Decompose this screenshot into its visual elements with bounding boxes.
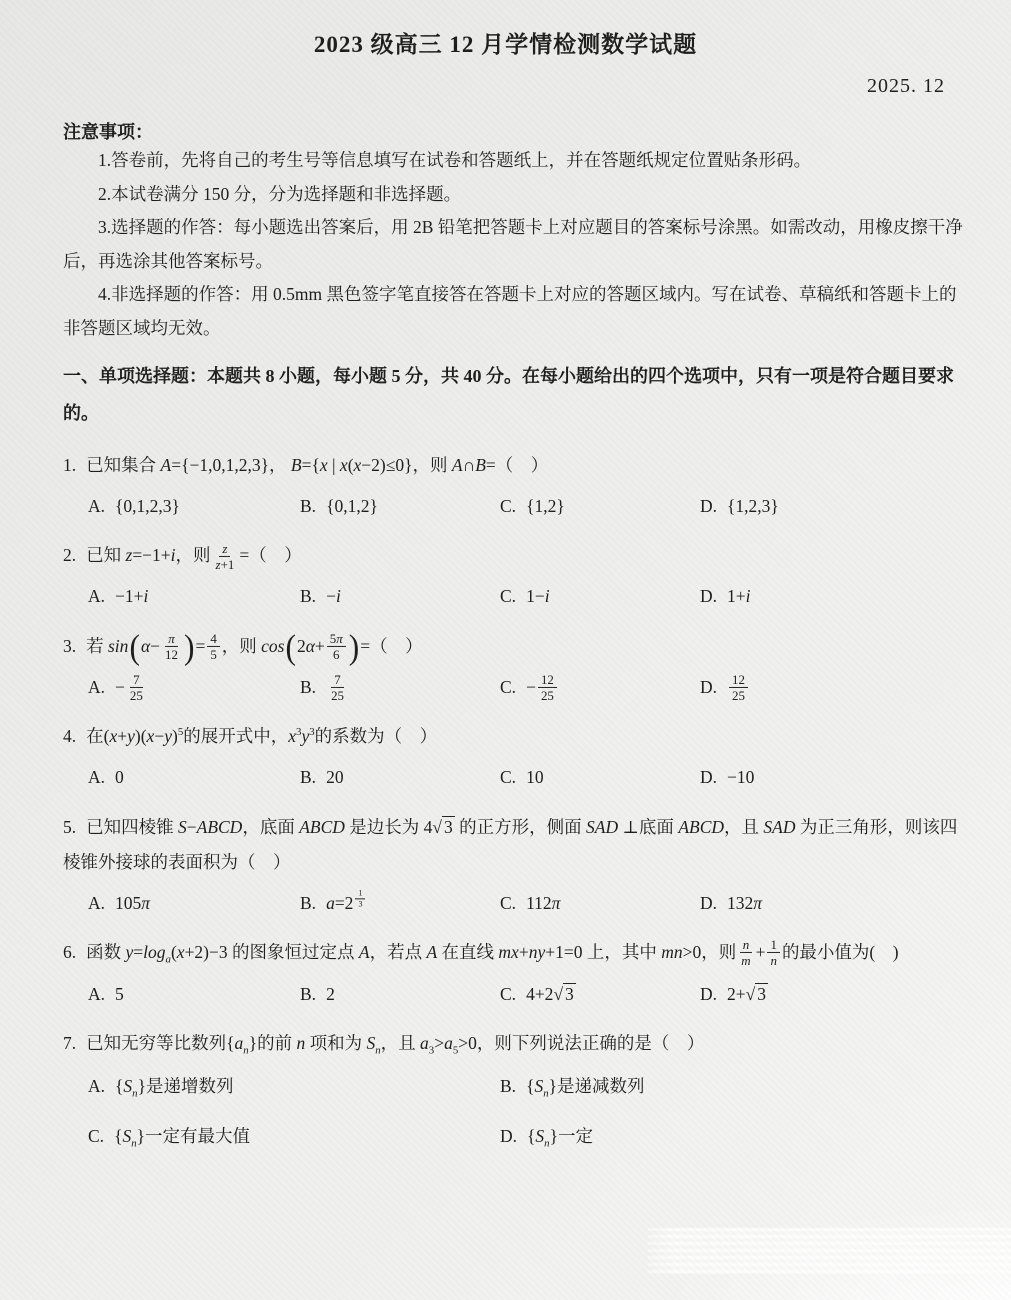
option-d: D.1+i [700,580,963,613]
notice-item-4: 4.非选择题的作答：用 0.5mm 黑色签字笔直接答在答题卡上对应的答题区域内。… [63,278,963,345]
option-body: 1−i [526,586,550,606]
option-body: −1225 [526,677,559,697]
sqrt: √3 [432,816,454,837]
question-number: 1. [63,455,76,475]
page-title: 2023 级高三 12 月学情检测数学试题 [0,0,1011,59]
scan-smear-artifact [648,1228,1011,1274]
option-body: 725 [326,677,349,697]
option-b: B.20 [300,761,500,794]
fraction: 1225 [538,672,557,704]
option-label: B. [300,496,316,516]
question-7: 7.已知无穷等比数列{an}的前 n 项和为 Sn，且 a3>a5>0，则下列说… [63,1026,963,1153]
questions: 1.已知集合 A={−1,0,1,2,3}， B={x | x(x−2)≤0}，… [63,448,963,1154]
option-label: C. [500,586,516,606]
option-body: {0,1,2} [326,496,378,516]
option-a: A.{0,1,2,3} [88,490,300,523]
option-label: D. [700,496,717,516]
option-label: B. [300,677,316,697]
option-d: D.1225 [700,671,963,705]
option-d: D.2+√3 [700,978,963,1011]
sqrt: √3 [553,983,575,1004]
option-body: {Sn}是递减数列 [526,1076,644,1096]
options-row: A.5B.2C.4+2√3D.2+√3 [63,978,963,1011]
option-label: C. [500,893,516,913]
option-label: A. [88,893,105,913]
option-body: 132π [727,893,762,913]
option-c: C.1−i [500,580,700,613]
option-label: D. [700,586,717,606]
fraction: zz+1 [213,541,238,573]
fraction: 725 [127,672,146,704]
option-label: C. [500,767,516,787]
option-b: B.a=213 [300,887,500,920]
option-a: A.105π [88,887,300,920]
option-label: D. [700,984,717,1004]
option-body: 112π [526,893,560,913]
option-label: B. [300,893,316,913]
option-b: B.725 [300,671,500,705]
question-5: 5.已知四棱锥 S−ABCD，底面 ABCD 是边长为 4√3 的正方形，侧面 … [63,810,963,920]
exam-paper-page: 2023 级高三 12 月学情检测数学试题 2025. 12 注意事项： 1.答… [0,0,1011,1300]
option-label: B. [500,1076,516,1096]
option-a: A.5 [88,978,300,1011]
question-stem: 1.已知集合 A={−1,0,1,2,3}， B={x | x(x−2)≤0}，… [63,448,963,483]
fraction: 725 [328,672,347,704]
exam-date: 2025. 12 [0,75,1011,98]
option-label: C. [500,496,516,516]
option-label: C. [500,677,516,697]
option-label: A. [88,1076,105,1096]
option-body: 105π [115,893,150,913]
option-label: C. [500,984,516,1004]
option-label: A. [88,586,105,606]
notice-item-1: 1.答卷前，先将自己的考生号等信息填写在试卷和答题纸上，并在答题纸规定位置贴条形… [63,144,963,178]
option-body: {1,2} [526,496,565,516]
option-label: C. [88,1126,104,1146]
notice-item-2: 2.本试卷满分 150 分，分为选择题和非选择题。 [63,178,963,212]
option-label: D. [700,767,717,787]
option-body: {Sn}是递增数列 [115,1076,233,1096]
option-body: 10 [526,767,544,787]
option-label: A. [88,496,105,516]
options-row: A.−725B.725C.−1225D.1225 [63,671,963,705]
option-label: D. [500,1126,517,1146]
question-stem: 7.已知无穷等比数列{an}的前 n 项和为 Sn，且 a3>a5>0，则下列说… [63,1026,963,1062]
notice-heading: 注意事项： [63,118,963,144]
option-body: 20 [326,767,344,787]
option-b: B.2 [300,978,500,1011]
question-number: 7. [63,1033,76,1053]
option-body: −1+i [115,586,148,606]
notice-item-3: 3.选择题的作答：每小题选出答案后，用 2B 铅笔把答题卡上对应题目的答案标号涂… [63,211,963,278]
option-a: A.{Sn}是递增数列 [88,1070,500,1104]
question-4: 4.在(x+y)(x−y)5的展开式中，x3y3的系数为（ ）A.0B.20C.… [63,719,963,794]
option-c: C.−1225 [500,671,700,705]
question-number: 4. [63,726,76,746]
sqrt: √3 [746,983,768,1004]
fraction: 1225 [729,672,748,704]
option-c: C.10 [500,761,700,794]
question-1: 1.已知集合 A={−1,0,1,2,3}， B={x | x(x−2)≤0}，… [63,448,963,523]
question-stem: 5.已知四棱锥 S−ABCD，底面 ABCD 是边长为 4√3 的正方形，侧面 … [63,810,963,880]
option-label: B. [300,984,316,1004]
option-b: B.{Sn}是递减数列 [500,1070,963,1104]
option-label: D. [700,893,717,913]
option-a: A.−1+i [88,580,300,613]
fraction: 45 [207,631,219,663]
option-a: A.−725 [88,671,300,705]
section-heading: 一、单项选择题：本题共 8 小题，每小题 5 分，共 40 分。在每小题给出的四… [63,358,963,434]
option-d: D.−10 [700,761,963,794]
question-number: 3. [63,636,76,656]
option-body: a=213 [326,893,367,913]
option-body: 4+2√3 [526,983,576,1004]
question-3: 3.若 sin(α−π12)=45，则 cos(2α+5π6)=（ ）A.−72… [63,629,963,705]
option-body: −725 [115,677,148,697]
fraction: 1n [767,937,779,969]
option-body: {Sn}一定 [527,1126,593,1146]
option-d: D.{Sn}一定 [500,1120,963,1154]
option-b: B.−i [300,580,500,613]
option-body: 1+i [727,586,751,606]
option-body: 2 [326,984,335,1004]
option-label: A. [88,767,105,787]
option-body: {Sn}一定有最大值 [114,1126,250,1146]
option-body: {1,2,3} [727,496,779,516]
question-stem: 2.已知 z=−1+i，则zz+1=（ ） [63,538,963,573]
question-number: 5. [63,817,76,837]
options-row: A.{Sn}是递增数列B.{Sn}是递减数列 [63,1070,963,1104]
option-label: A. [88,677,105,697]
fraction: 5π6 [327,631,346,663]
question-stem: 3.若 sin(α−π12)=45，则 cos(2α+5π6)=（ ） [63,629,963,664]
option-d: D.{1,2,3} [700,490,963,523]
question-stem: 6.函数 y=loga(x+2)−3 的图象恒过定点 A，若点 A 在直线 mx… [63,935,963,971]
option-body: {0,1,2,3} [115,496,180,516]
options-row: C.{Sn}一定有最大值D.{Sn}一定 [63,1120,963,1154]
notice-section: 注意事项： 1.答卷前，先将自己的考生号等信息填写在试卷和答题纸上，并在答题纸规… [63,118,963,346]
options-row: A.−1+iB.−iC.1−iD.1+i [63,580,963,613]
question-2: 2.已知 z=−1+i，则zz+1=（ ）A.−1+iB.−iC.1−iD.1+… [63,538,963,613]
option-body: −i [326,586,341,606]
option-label: A. [88,984,105,1004]
option-label: B. [300,767,316,787]
option-a: A.0 [88,761,300,794]
options-row: A.{0,1,2,3}B.{0,1,2}C.{1,2}D.{1,2,3} [63,490,963,523]
option-body: −10 [727,767,754,787]
option-c: C.4+2√3 [500,978,700,1011]
option-c: C.{Sn}一定有最大值 [88,1120,500,1154]
option-b: B.{0,1,2} [300,490,500,523]
option-d: D.132π [700,887,963,920]
option-c: C.112π [500,887,700,920]
option-body: 5 [115,984,124,1004]
option-label: B. [300,586,316,606]
fraction: nm [738,937,753,969]
option-body: 2+√3 [727,983,768,1004]
option-body: 1225 [727,677,750,697]
page-content: 注意事项： 1.答卷前，先将自己的考生号等信息填写在试卷和答题纸上，并在答题纸规… [0,118,1011,1154]
question-stem: 4.在(x+y)(x−y)5的展开式中，x3y3的系数为（ ） [63,719,963,754]
question-number: 2. [63,545,76,565]
question-number: 6. [63,942,76,962]
fraction: π12 [162,631,181,663]
option-label: D. [700,677,717,697]
fraction: 13 [355,889,365,909]
question-6: 6.函数 y=loga(x+2)−3 的图象恒过定点 A，若点 A 在直线 mx… [63,935,963,1011]
option-body: 0 [115,767,124,787]
notice-items: 1.答卷前，先将自己的考生号等信息填写在试卷和答题纸上，并在答题纸规定位置贴条形… [63,144,963,346]
option-c: C.{1,2} [500,490,700,523]
options-row: A.105πB.a=213C.112πD.132π [63,887,963,920]
options-row: A.0B.20C.10D.−10 [63,761,963,794]
